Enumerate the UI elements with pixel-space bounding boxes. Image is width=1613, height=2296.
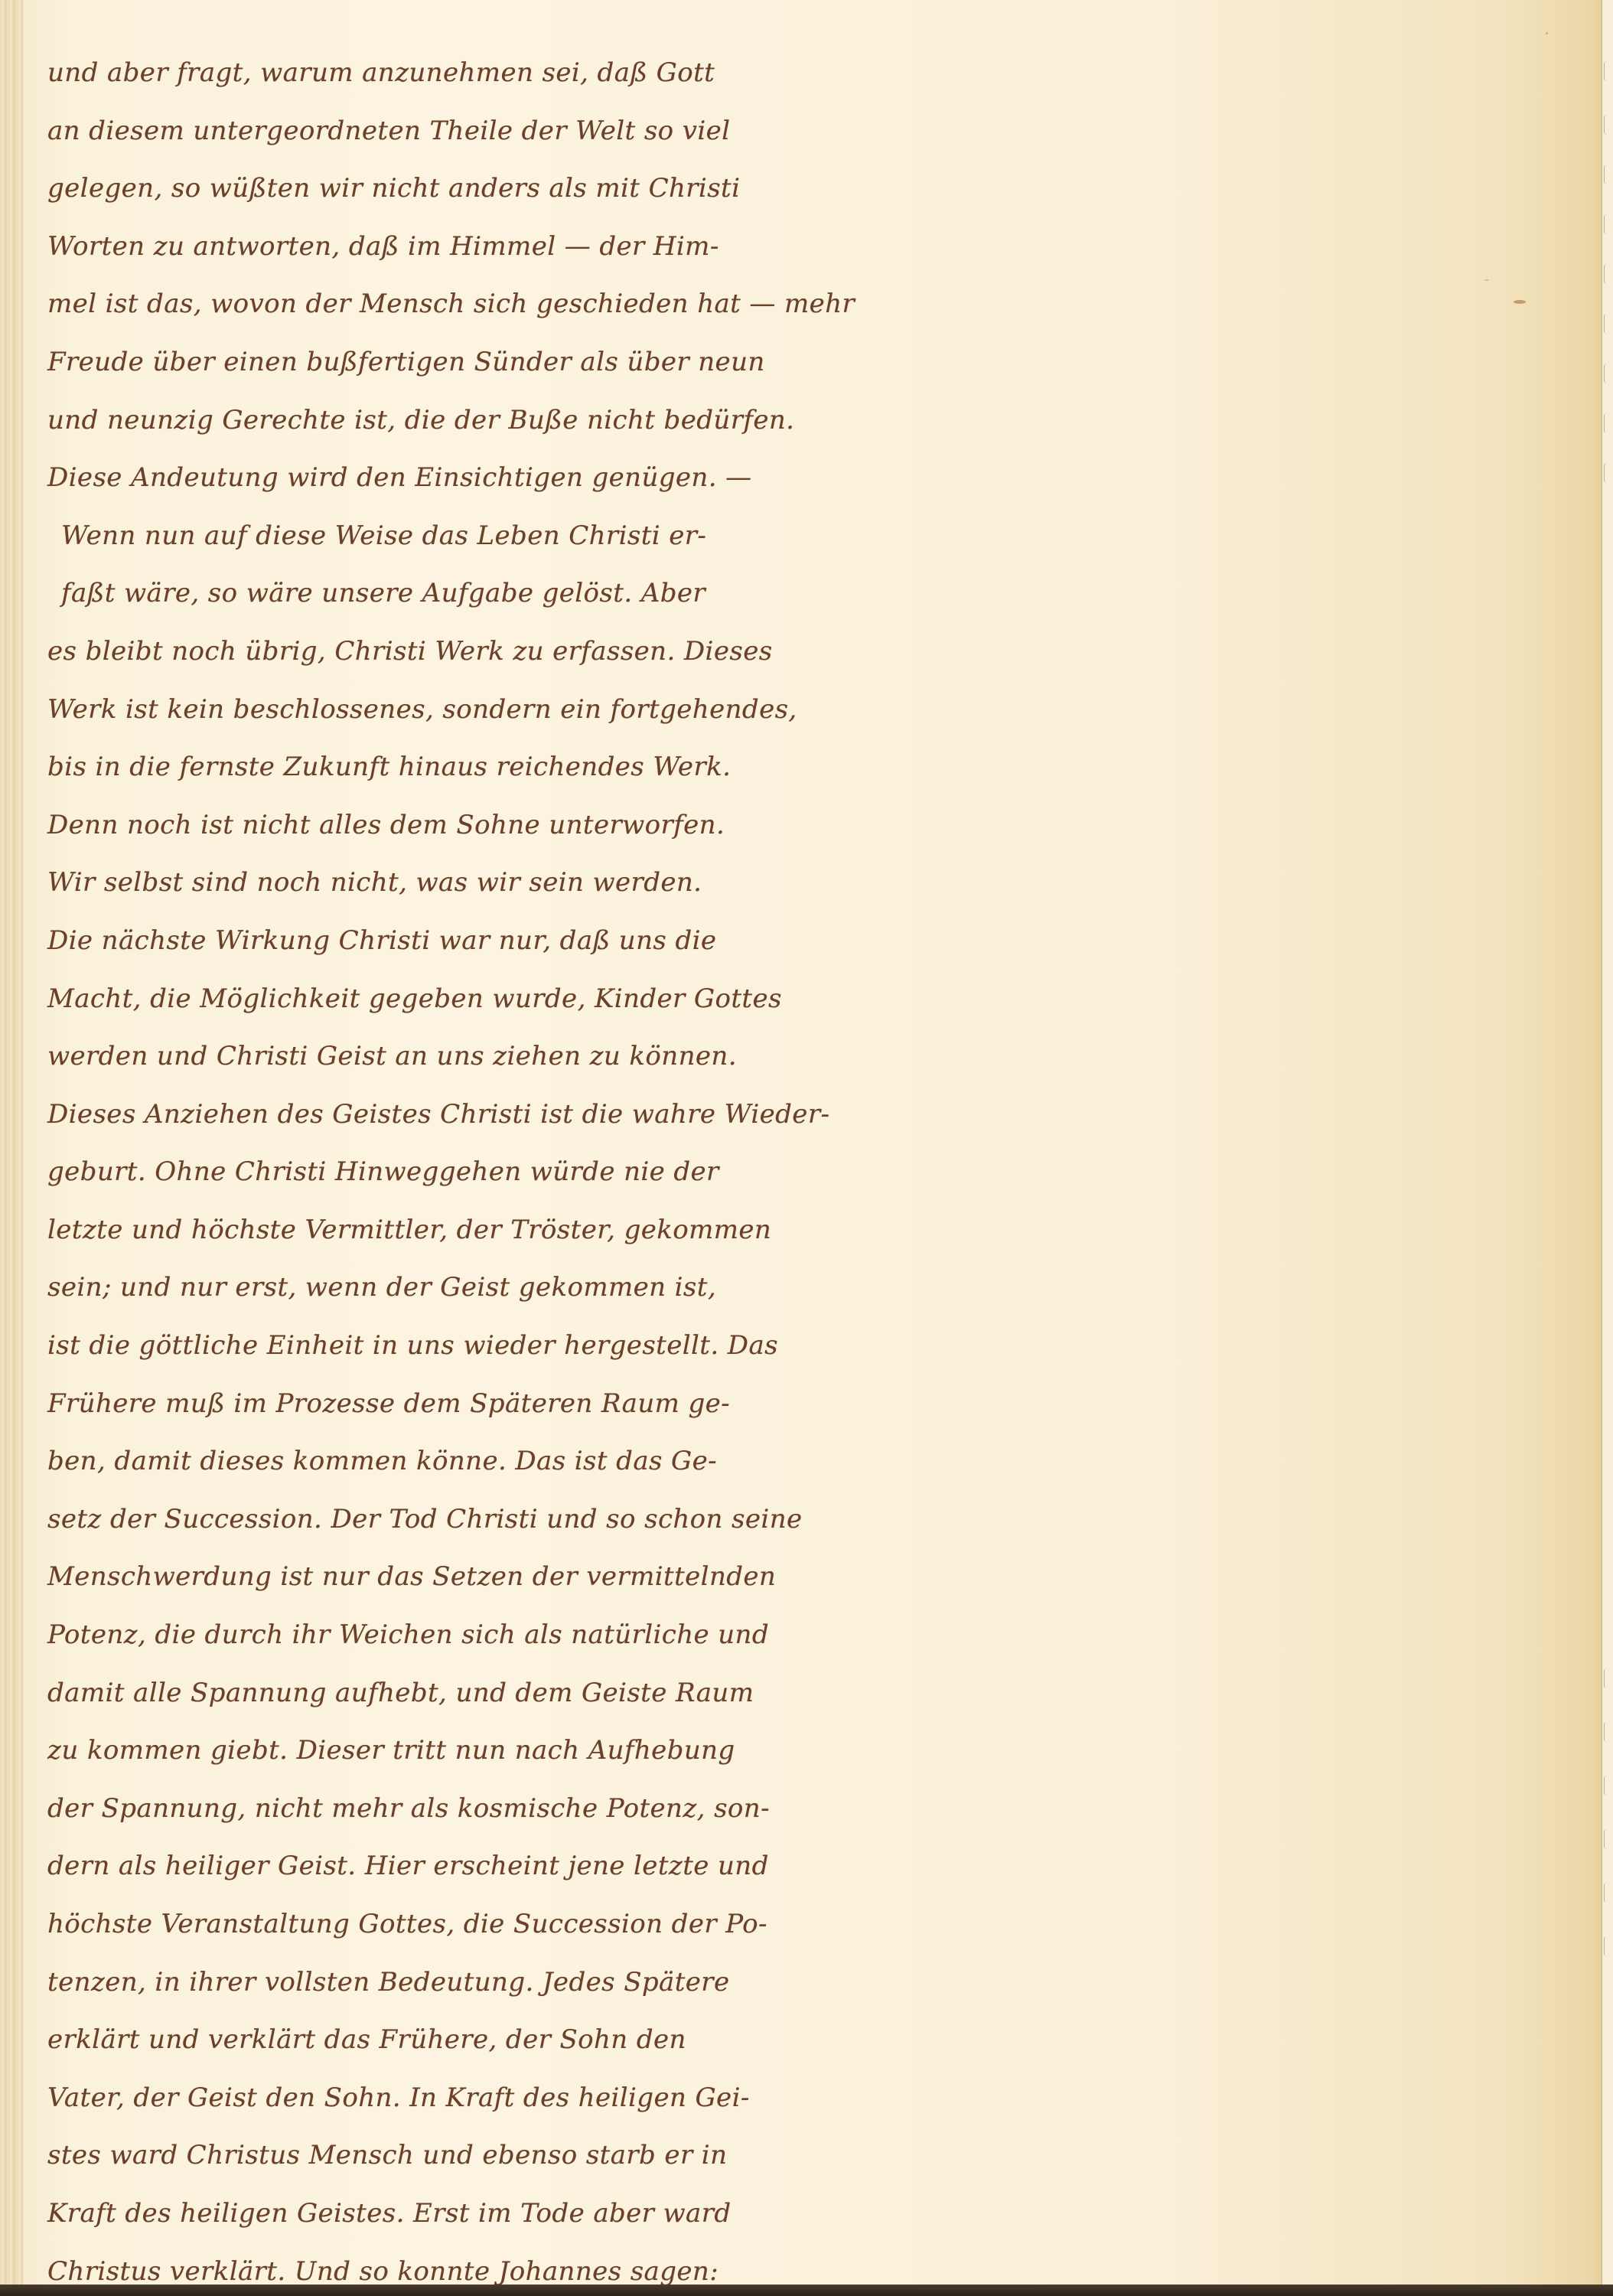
- text-line: Freude über einen bußfertigen Sünder als…: [47, 334, 881, 392]
- adjacent-ink-mark: [1604, 1776, 1612, 1795]
- text-line: ist die göttliche Einheit in uns wieder …: [47, 1317, 881, 1375]
- adjacent-ink-mark: [1604, 61, 1612, 81]
- text-line: sein; und nur erst, wenn der Geist gekom…: [47, 1259, 881, 1317]
- text-line: mel ist das, wovon der Mensch sich gesch…: [47, 276, 881, 334]
- text-line: zu kommen giebt. Dieser tritt nun nach A…: [47, 1722, 881, 1780]
- adjacent-ink-mark: [1604, 314, 1612, 334]
- text-line: Diese Andeutung wird den Einsichtigen ge…: [47, 449, 881, 507]
- text-line: Denn noch ist nicht alles dem Sohne unte…: [47, 797, 881, 855]
- text-line: Worten zu antworten, daß im Himmel — der…: [47, 218, 881, 276]
- text-line: Vater, der Geist den Sohn. In Kraft des …: [47, 2069, 881, 2128]
- text-line: erklärt und verklärt das Frühere, der So…: [47, 2011, 881, 2069]
- text-line: dern als heiliger Geist. Hier erscheint …: [47, 1838, 881, 1896]
- adjacent-ink-mark: [1604, 264, 1612, 284]
- handwritten-text: und aber fragt, warum anzunehmen sei, da…: [47, 44, 881, 2296]
- text-line: Menschwerdung ist nur das Setzen der ver…: [47, 1548, 881, 1606]
- text-line: Die nächste Wirkung Christi war nur, daß…: [47, 912, 881, 970]
- book-edge-shadow: [0, 2285, 1613, 2296]
- adjacent-ink-mark: [1604, 1668, 1612, 1688]
- adjacent-page-edge: [1602, 0, 1613, 2285]
- text-line: es bleibt noch übrig, Christi Werk zu er…: [47, 623, 881, 681]
- text-line: Wenn nun auf diese Weise das Leben Chris…: [47, 507, 881, 566]
- text-line: bis in die fernste Zukunft hinaus reiche…: [47, 739, 881, 797]
- paper-blemish: [1514, 300, 1526, 304]
- text-line: und aber fragt, warum anzunehmen sei, da…: [47, 44, 881, 103]
- text-line: Wir selbst sind noch nicht, was wir sein…: [47, 854, 881, 912]
- adjacent-ink-mark: [1604, 463, 1612, 483]
- text-line: Kraft des heiligen Geistes. Erst im Tode…: [47, 2185, 881, 2243]
- text-line: geburt. Ohne Christi Hinweggehen würde n…: [47, 1143, 881, 1202]
- text-line: Dieses Anziehen des Geistes Christi ist …: [47, 1086, 881, 1144]
- adjacent-ink-mark: [1604, 413, 1612, 433]
- text-line: der Spannung, nicht mehr als kosmische P…: [47, 1780, 881, 1838]
- text-line: Macht, die Möglichkeit gegeben wurde, Ki…: [47, 970, 881, 1029]
- manuscript-page: und aber fragt, warum anzunehmen sei, da…: [0, 0, 1602, 2285]
- text-line: Werk ist kein beschlossenes, sondern ein…: [47, 681, 881, 739]
- text-line: setz der Succession. Der Tod Christi und…: [47, 1491, 881, 1549]
- text-line: Frühere muß im Prozesse dem Späteren Rau…: [47, 1375, 881, 1433]
- text-line: tenzen, in ihrer vollsten Bedeutung. Jed…: [47, 1954, 881, 2012]
- text-line: ben, damit dieses kommen könne. Das ist …: [47, 1433, 881, 1491]
- page-gutter-edge: [0, 0, 23, 2285]
- text-line: höchste Veranstaltung Gottes, die Succes…: [47, 1896, 881, 1954]
- text-line: letzte und höchste Vermittler, der Tröst…: [47, 1202, 881, 1260]
- paper-blemish: [1546, 32, 1548, 34]
- adjacent-ink-mark: [1604, 1829, 1612, 1849]
- text-line: damit alle Spannung aufhebt, und dem Gei…: [47, 1665, 881, 1723]
- text-line: an diesem untergeordneten Theile der Wel…: [47, 103, 881, 161]
- adjacent-ink-mark: [1604, 165, 1612, 184]
- adjacent-ink-mark: [1604, 364, 1612, 383]
- text-line: werden und Christi Geist an uns ziehen z…: [47, 1028, 881, 1086]
- text-line: faßt wäre, so wäre unsere Aufgabe gelöst…: [47, 565, 881, 623]
- adjacent-ink-mark: [1604, 1722, 1612, 1742]
- adjacent-ink-mark: [1604, 214, 1612, 234]
- paper-blemish: [1484, 279, 1489, 281]
- text-line: stes ward Christus Mensch und ebenso sta…: [47, 2127, 881, 2185]
- text-line: und neunzig Gerechte ist, die der Buße n…: [47, 392, 881, 450]
- adjacent-ink-mark: [1604, 1936, 1612, 1956]
- text-line: gelegen, so wüßten wir nicht anders als …: [47, 160, 881, 218]
- adjacent-ink-mark: [1604, 115, 1612, 135]
- adjacent-ink-mark: [1604, 1883, 1612, 1903]
- text-line: Potenz, die durch ihr Weichen sich als n…: [47, 1606, 881, 1665]
